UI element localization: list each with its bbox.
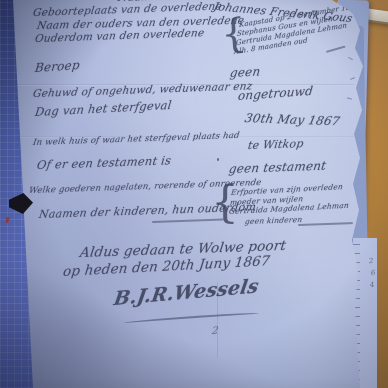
paper-page: Naam van den overledene Geboorteplaats v…: [0, 0, 388, 388]
pen-flourish: [298, 222, 353, 225]
value-death-date: 30th May 1867: [244, 112, 341, 127]
value-testament: geen testament: [228, 160, 327, 175]
field-label-death-place: In welk huis of waar het sterfgeval plaa…: [32, 132, 240, 148]
value-children: geen kinderen: [244, 216, 302, 226]
signature-mark: 2: [211, 326, 219, 337]
photograph-of-death-notice: Naam van den overledene Geboorteplaats v…: [0, 0, 388, 388]
field-label-death-day: Dag van het sterfgeval: [34, 100, 172, 119]
ink-mark: [347, 97, 352, 99]
signature-flourish: [124, 312, 259, 323]
signature: B.J.R.Wessels: [112, 277, 260, 309]
field-label-testament: Of er een testament is: [36, 155, 172, 171]
field-label-occupation: Beroep: [34, 59, 80, 74]
ink-mark: [348, 57, 353, 60]
value-occupation: geen: [229, 65, 261, 79]
value-marital-status: ongetrouwd: [237, 85, 313, 102]
value-death-place: te Witkop: [247, 138, 304, 151]
ink-dot: [217, 158, 219, 161]
pen-flourish: [326, 46, 346, 53]
ink-mark: [350, 77, 355, 80]
